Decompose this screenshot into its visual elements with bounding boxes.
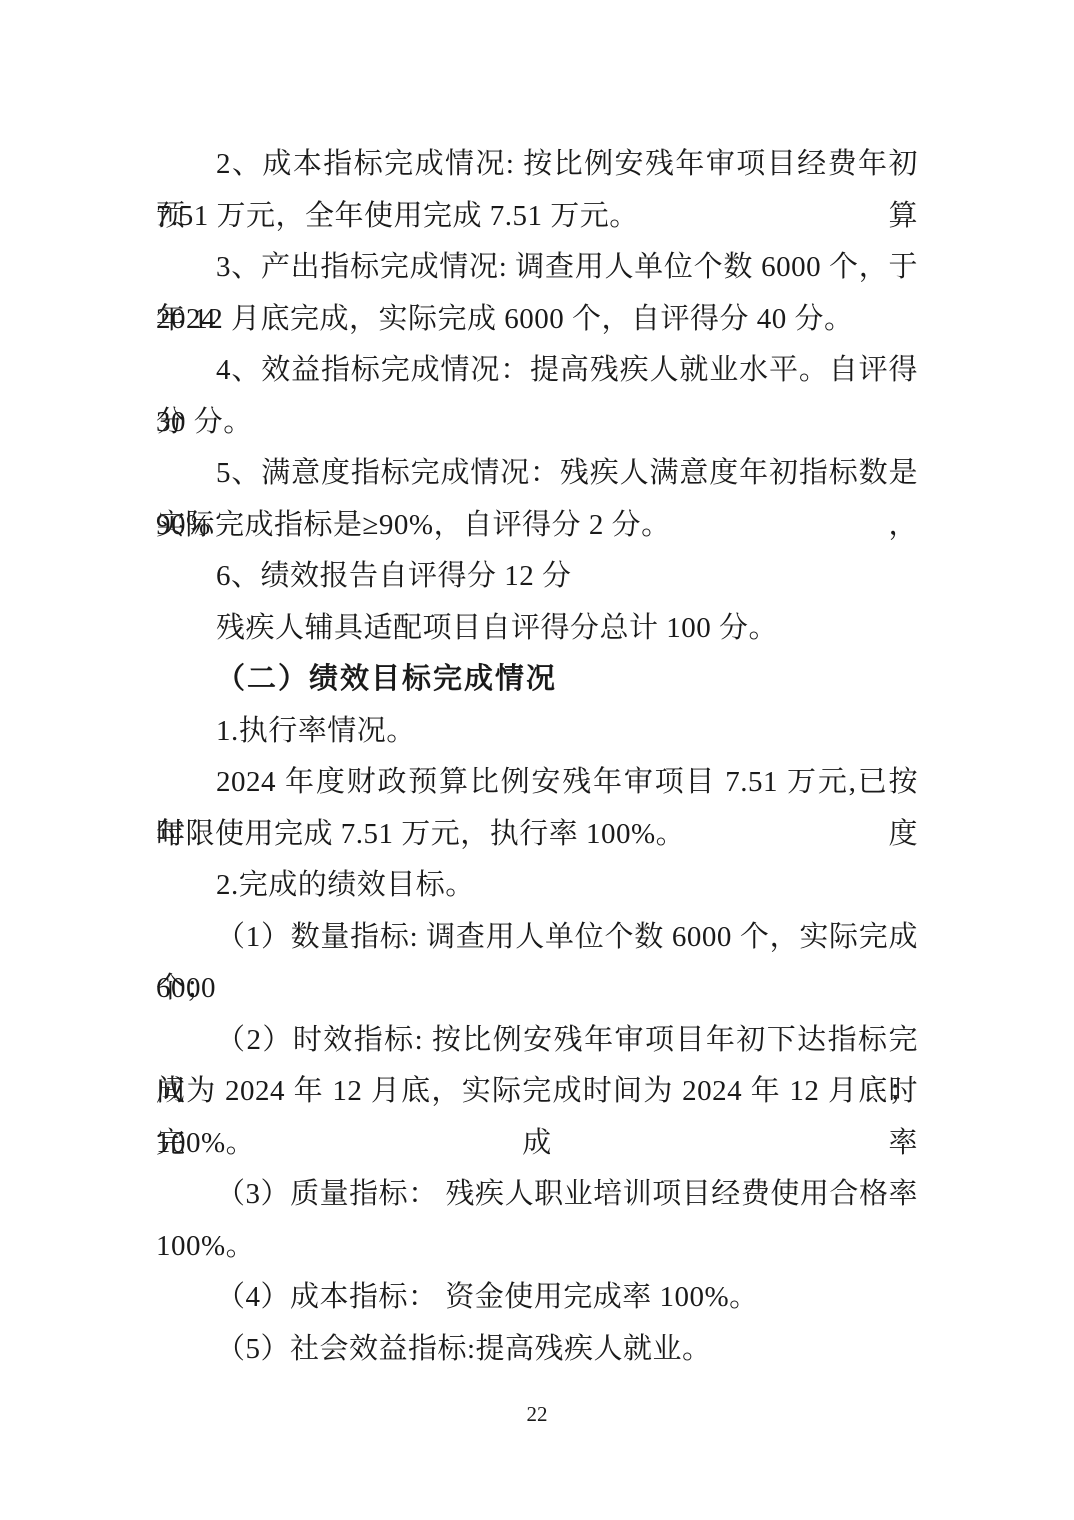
text-line: 3、产出指标完成情况: 调查用人单位个数 6000 个，于 2024 [156, 242, 918, 294]
text-line: 1.执行率情况。 [156, 706, 918, 758]
text-line: （2）时效指标: 按比例安残年审项目年初下达指标完成时 [156, 1015, 918, 1067]
text-line: 残疾人辅具适配项目自评得分总计 100 分。 [156, 603, 918, 655]
text-line: 年 12 月底完成，实际完成 6000 个，自评得分 40 分。 [156, 294, 918, 346]
text-line: 5、满意度指标完成情况：残疾人满意度年初指标数是 90%， [156, 448, 918, 500]
text-line: 4、效益指标完成情况：提高残疾人就业水平。自评得分 [156, 345, 918, 397]
text-line: （5）社会效益指标:提高残疾人就业。 [156, 1324, 918, 1376]
text-line: （4）成本指标： 资金使用完成率 100%。 [156, 1272, 918, 1324]
text-line: 6、绩效报告自评得分 12 分 [156, 551, 918, 603]
page-number: 22 [527, 1402, 548, 1426]
text-line: （1）数量指标: 调查用人单位个数 6000 个，实际完成 6000 [156, 912, 918, 964]
document-page: 2、成本指标完成情况: 按比例安残年审项目经费年初预算7.51 万元，全年使用完… [0, 0, 1074, 1520]
text-line: （3）质量指标： 残疾人职业培训项目经费使用合格率 [156, 1169, 918, 1221]
text-line: 间为 2024 年 12 月底，实际完成时间为 2024 年 12 月底；完成率 [156, 1066, 918, 1118]
page-footer: 22 [0, 1402, 1074, 1427]
text-line: 30 分。 [156, 397, 918, 449]
text-line: 2、成本指标完成情况: 按比例安残年审项目经费年初预算 [156, 139, 918, 191]
text-line: 2.完成的绩效目标。 [156, 860, 918, 912]
text-line: 个； [156, 963, 918, 1015]
section-heading: （二）绩效目标完成情况 [156, 654, 918, 706]
text-line: 2024 年度财政预算比例安残年审项目 7.51 万元,已按年度 [156, 757, 918, 809]
text-line: 100%。 [156, 1221, 918, 1273]
document-body: 2、成本指标完成情况: 按比例安残年审项目经费年初预算7.51 万元，全年使用完… [156, 139, 918, 1375]
